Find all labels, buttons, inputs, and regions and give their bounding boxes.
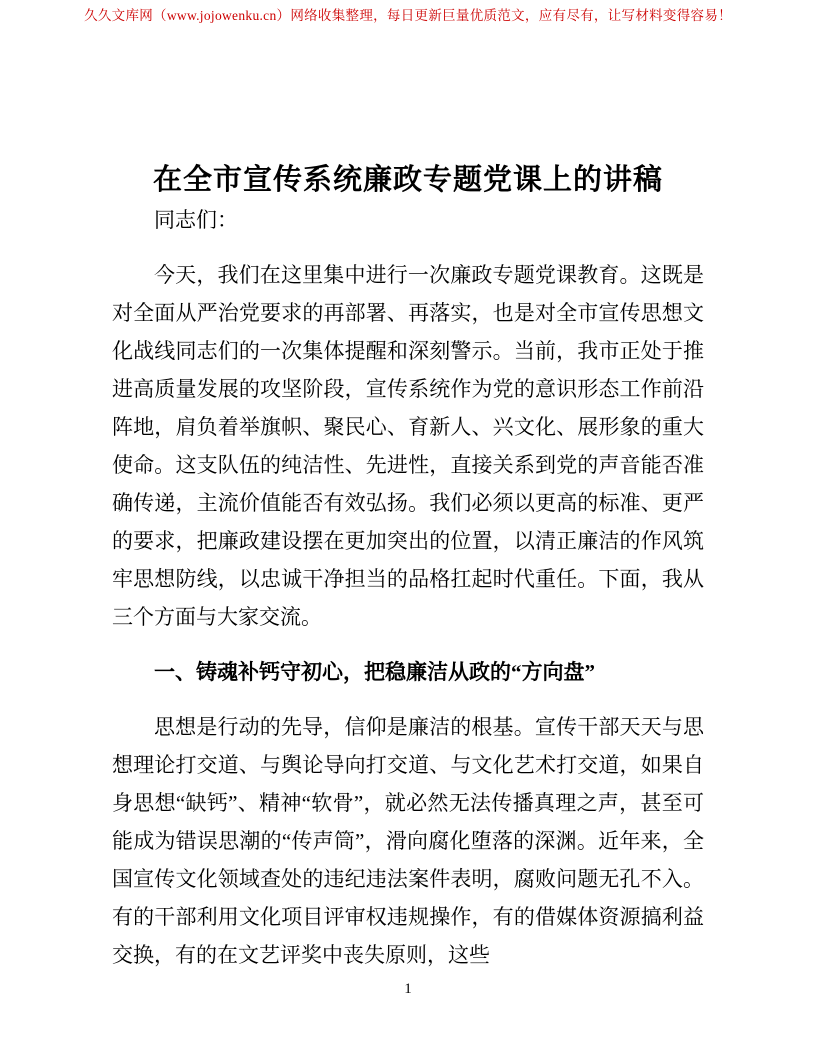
- body-paragraph-2: 思想是行动的先导，信仰是廉洁的根基。宣传干部天天与思想理论打交道、与舆论导向打交…: [112, 708, 704, 974]
- site-watermark-notice: 久久文库网（www.jojowenku.cn）网络收集整理，每日更新巨量优质范文…: [0, 7, 816, 24]
- document-body: 同志们： 今天，我们在这里集中进行一次廉政专题党课教育。这既是对全面从严治党要求…: [112, 201, 704, 974]
- page-number: 1: [0, 981, 816, 998]
- salutation: 同志们：: [112, 201, 704, 239]
- document-page: 久久文库网（www.jojowenku.cn）网络收集整理，每日更新巨量优质范文…: [0, 0, 816, 1056]
- section-heading-1: 一、铸魂补钙守初心，把稳廉洁从政的“方向盘”: [112, 653, 704, 691]
- document-title: 在全市宣传系统廉政专题党课上的讲稿: [112, 160, 704, 200]
- body-paragraph-1: 今天，我们在这里集中进行一次廉政专题党课教育。这既是对全面从严治党要求的再部署、…: [112, 256, 704, 636]
